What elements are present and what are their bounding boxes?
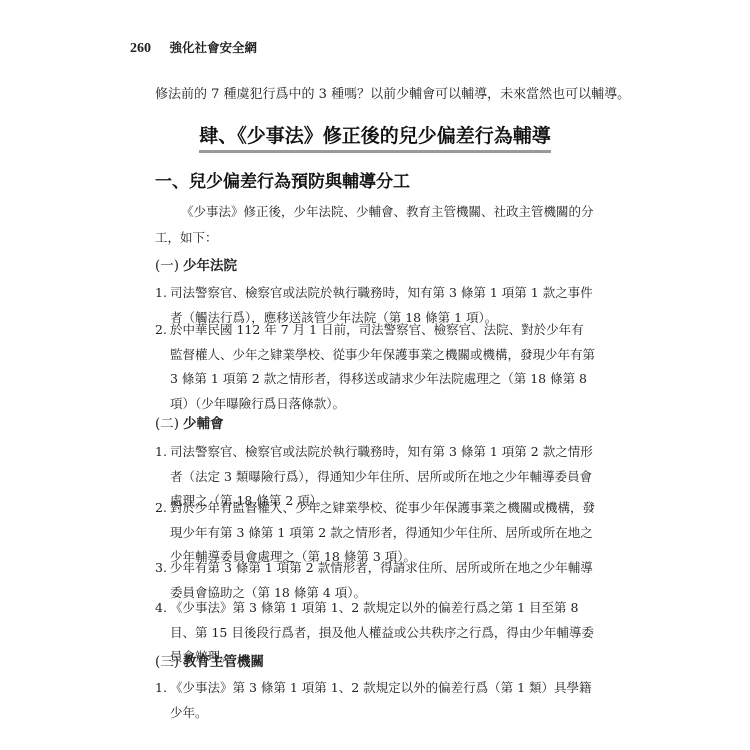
intro-paragraph: 《少事法》修正後，少年法院、少輔會、教育主管機關、社政主管機關的分工，如下：	[155, 199, 595, 251]
item-number: 4.	[155, 596, 167, 621]
list-item: 2. 於中華民國 112 年 7 月 1 日前，司法警察官、檢察官、法院、對於少…	[155, 318, 595, 416]
item-text: 《少事法》第 3 條第 1 項第 1、2 款規定以外的偏差行爲（第 1 類）具學…	[155, 676, 595, 725]
book-title: 強化社會安全網	[170, 40, 258, 55]
item-number: 2.	[155, 496, 167, 521]
running-header: 260 強化社會安全網	[130, 38, 257, 57]
section-heading: 一、兒少偏差行為預防與輔導分工	[155, 167, 410, 192]
item-number: 1.	[155, 440, 167, 465]
item-text: 於中華民國 112 年 7 月 1 日前，司法警察官、檢察官、法院、對於少年有監…	[155, 318, 595, 416]
item-number: 1.	[155, 676, 167, 701]
item-number: 1.	[155, 281, 167, 306]
chapter-heading-text: 肆、《少事法》修正後的兒少偏差行為輔導	[199, 121, 551, 153]
subsection-number: (三)	[155, 654, 179, 670]
subsection-number: (二)	[155, 416, 179, 432]
page-number: 260	[130, 41, 151, 56]
opening-line: 修法前的 7 種虞犯行爲中的 3 種嗎？以前少輔會可以輔導，未來當然也可以輔導。	[155, 82, 630, 108]
subsection-heading-juvenile-court: (一)少年法院	[155, 254, 237, 274]
book-page: 260 強化社會安全網 修法前的 7 種虞犯行爲中的 3 種嗎？以前少輔會可以輔…	[0, 0, 750, 750]
item-number: 2.	[155, 318, 167, 343]
list-item: 1. 《少事法》第 3 條第 1 項第 1、2 款規定以外的偏差行爲（第 1 類…	[155, 676, 595, 725]
subsection-heading-education-authority: (三)教育主管機關	[155, 650, 264, 670]
item-number: 3.	[155, 556, 167, 581]
subsection-title: 教育主管機關	[183, 654, 264, 670]
subsection-title: 少年法院	[183, 258, 237, 274]
chapter-heading: 肆、《少事法》修正後的兒少偏差行為輔導	[0, 121, 750, 153]
subsection-heading-youth-counseling: (二)少輔會	[155, 412, 224, 432]
subsection-title: 少輔會	[183, 416, 224, 432]
subsection-number: (一)	[155, 258, 179, 274]
